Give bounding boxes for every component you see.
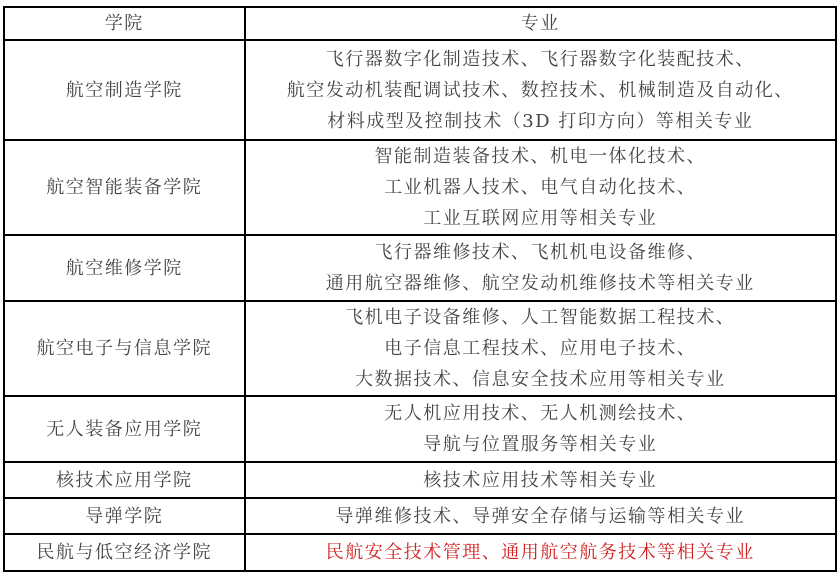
college-cell: 导弹学院: [4, 498, 245, 534]
majors-cell: 飞行器维修技术、飞机机电设备维修、 通用航空器维修、航空发动机维修技术等相关专业: [245, 235, 836, 301]
majors-cell: 导弹维修技术、导弹安全存储与运输等相关专业: [245, 498, 836, 534]
majors-line: 智能制造装备技术、机电一体化技术、: [246, 141, 835, 172]
college-cell: 航空电子与信息学院: [4, 301, 245, 396]
college-cell: 航空智能装备学院: [4, 140, 245, 235]
table-header-row: 学院 专业: [4, 7, 836, 40]
majors-cell: 飞行器数字化制造技术、飞行器数字化装配技术、 航空发动机装配调试技术、数控技术、…: [245, 40, 836, 140]
majors-cell: 核技术应用技术等相关专业: [245, 462, 836, 498]
majors-cell: 民航安全技术管理、通用航空航务技术等相关专业: [245, 534, 836, 571]
college-majors-table: 学院 专业 航空制造学院 飞行器数字化制造技术、飞行器数字化装配技术、 航空发动…: [3, 6, 837, 572]
header-college: 学院: [4, 7, 245, 40]
majors-line: 导航与位置服务等相关专业: [246, 429, 835, 460]
college-cell: 无人装备应用学院: [4, 396, 245, 462]
table-row: 无人装备应用学院 无人机应用技术、无人机测绘技术、 导航与位置服务等相关专业: [4, 396, 836, 462]
table-row: 航空电子与信息学院 飞机电子设备维修、人工智能数据工程技术、 电子信息工程技术、…: [4, 301, 836, 396]
majors-line: 飞行器数字化制造技术、飞行器数字化装配技术、: [246, 44, 835, 75]
majors-line: 航空发动机装配调试技术、数控技术、机械制造及自动化、: [246, 75, 835, 106]
majors-line: 核技术应用技术等相关专业: [246, 465, 835, 496]
college-cell: 航空制造学院: [4, 40, 245, 140]
majors-line: 飞机电子设备维修、人工智能数据工程技术、: [246, 302, 835, 333]
majors-cell: 智能制造装备技术、机电一体化技术、 工业机器人技术、电气自动化技术、 工业互联网…: [245, 140, 836, 235]
table-row: 航空制造学院 飞行器数字化制造技术、飞行器数字化装配技术、 航空发动机装配调试技…: [4, 40, 836, 140]
table-row: 核技术应用学院 核技术应用技术等相关专业: [4, 462, 836, 498]
majors-line-highlighted: 民航安全技术管理、通用航空航务技术等相关专业: [246, 537, 835, 568]
college-cell: 民航与低空经济学院: [4, 534, 245, 571]
majors-line: 工业机器人技术、电气自动化技术、: [246, 172, 835, 203]
college-cell: 核技术应用学院: [4, 462, 245, 498]
table-row: 航空智能装备学院 智能制造装备技术、机电一体化技术、 工业机器人技术、电气自动化…: [4, 140, 836, 235]
majors-line: 电子信息工程技术、应用电子技术、: [246, 333, 835, 364]
majors-line: 导弹维修技术、导弹安全存储与运输等相关专业: [246, 501, 835, 532]
majors-line: 工业互联网应用等相关专业: [246, 203, 835, 234]
majors-cell: 无人机应用技术、无人机测绘技术、 导航与位置服务等相关专业: [245, 396, 836, 462]
majors-line: 无人机应用技术、无人机测绘技术、: [246, 398, 835, 429]
college-cell: 航空维修学院: [4, 235, 245, 301]
majors-line: 通用航空器维修、航空发动机维修技术等相关专业: [246, 268, 835, 299]
header-major: 专业: [245, 7, 836, 40]
table-row-highlighted: 民航与低空经济学院 民航安全技术管理、通用航空航务技术等相关专业: [4, 534, 836, 571]
table-row: 导弹学院 导弹维修技术、导弹安全存储与运输等相关专业: [4, 498, 836, 534]
table-row: 航空维修学院 飞行器维修技术、飞机机电设备维修、 通用航空器维修、航空发动机维修…: [4, 235, 836, 301]
majors-line: 飞行器维修技术、飞机机电设备维修、: [246, 237, 835, 268]
majors-line: 大数据技术、信息安全技术应用等相关专业: [246, 364, 835, 395]
majors-cell: 飞机电子设备维修、人工智能数据工程技术、 电子信息工程技术、应用电子技术、 大数…: [245, 301, 836, 396]
majors-line: 材料成型及控制技术（3D 打印方向）等相关专业: [246, 106, 835, 137]
